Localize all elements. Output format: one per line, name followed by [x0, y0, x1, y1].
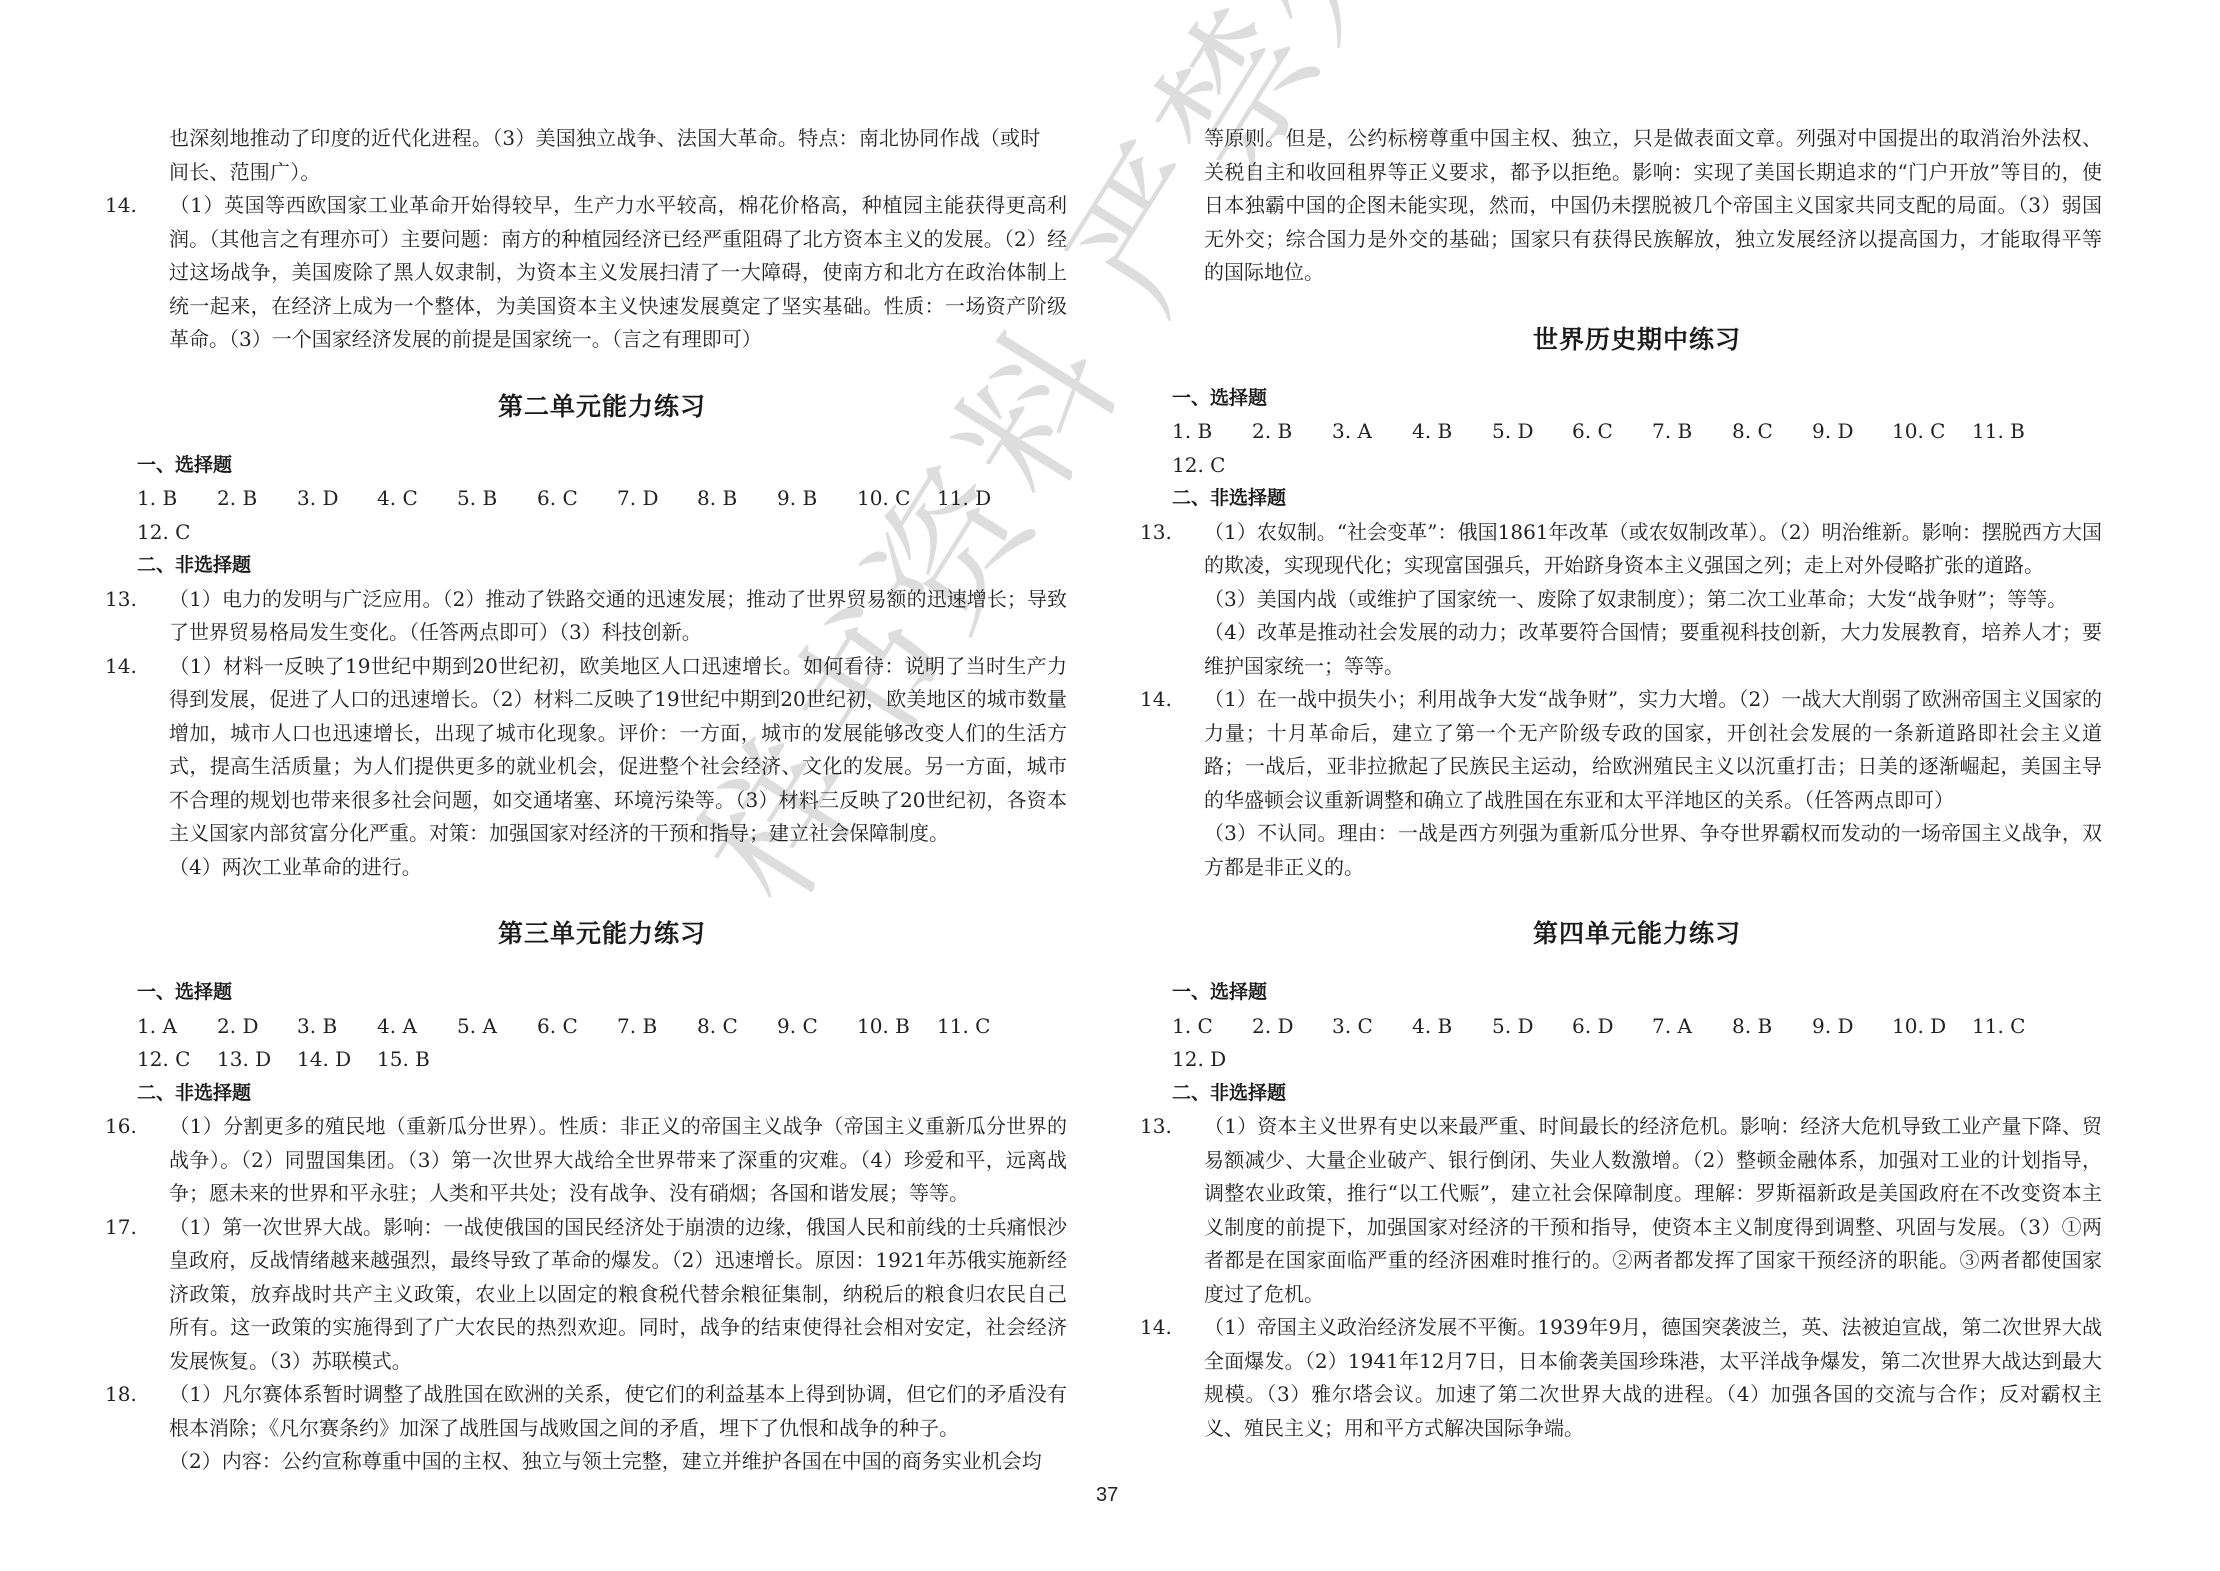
answer: 1. A: [137, 1010, 217, 1044]
answer: 5. D: [1492, 1010, 1572, 1044]
answer: 12. C: [137, 1043, 217, 1077]
question-13: 13.（1）电力的发明与广泛应用。（2）推动了铁路交通的迅速发展；推动了世界贸易…: [137, 583, 1067, 650]
answer: 12. C: [1172, 449, 1252, 483]
choice-heading: 一、选择题: [1172, 976, 2102, 1010]
answer: 5. D: [1492, 415, 1572, 449]
question-14: 14.（1）材料一反映了19世纪中期到20世纪初，欧美地区人口迅速增长。如何看待…: [137, 650, 1067, 851]
question-14: 14.（1）在一战中损失小；利用战争大发“战争财”，实力大增。（2）一战大大削弱…: [1172, 683, 2102, 817]
answer: 3. B: [297, 1010, 377, 1044]
answer: 6. C: [1572, 415, 1652, 449]
question-18-part2: （2）内容：公约宣称尊重中国的主权、独立与领土完整，建立并维护各国在中国的商务实…: [137, 1445, 1067, 1479]
continuation-line: 间长、范围广）。: [137, 156, 1067, 190]
answer: 4. C: [377, 482, 457, 516]
answer: 13. D: [217, 1043, 297, 1077]
choice-heading: 一、选择题: [137, 449, 1067, 483]
answer: 7. D: [617, 482, 697, 516]
answer: 14. D: [297, 1043, 377, 1077]
answer: 7. B: [1652, 415, 1732, 449]
nonchoice-heading: 二、非选择题: [137, 549, 1067, 583]
section-title-unit4: 第四单元能力练习: [1172, 914, 2102, 950]
answer: 1. B: [1172, 415, 1252, 449]
answer: 6. C: [537, 482, 617, 516]
page-number: 37: [1096, 1484, 1118, 1507]
section-title-unit3: 第三单元能力练习: [137, 914, 1067, 950]
answer: 5. B: [457, 482, 537, 516]
nonchoice-heading: 二、非选择题: [137, 1077, 1067, 1111]
answer: 11. C: [1972, 1010, 2052, 1044]
right-column: 等原则。但是，公约标榜尊重中国主权、独立，只是做表面文章。列强对中国提出的取消治…: [1172, 122, 2102, 1445]
choice-heading: 一、选择题: [1172, 382, 2102, 416]
answer-list-unit4: 1. C 2. D 3. C 4. B 5. D 6. D 7. A 8. B …: [1172, 1010, 2102, 1077]
answer: 4. B: [1412, 415, 1492, 449]
answer: 8. B: [697, 482, 777, 516]
question-13-part3: （3）美国内战（或维护了国家统一、废除了奴隶制度）；第二次工业革命；大发“战争财…: [1172, 583, 2102, 617]
answer: 1. C: [1172, 1010, 1252, 1044]
answer: 3. A: [1332, 415, 1412, 449]
question-13: 13.（1）农奴制。“社会变革”：俄国1861年改革（或农奴制改革）。（2）明治…: [1172, 516, 2102, 583]
answer: 4. B: [1412, 1010, 1492, 1044]
answer: 15. B: [377, 1043, 457, 1077]
answer: 9. C: [777, 1010, 857, 1044]
question-18: 18.（1）凡尔赛体系暂时调整了战胜国在欧洲的关系，使它们的利益基本上得到协调，…: [137, 1378, 1067, 1445]
answer-list-unit3: 1. A 2. D 3. B 4. A 5. A 6. C 7. B 8. C …: [137, 1010, 1067, 1077]
answer: 5. A: [457, 1010, 537, 1044]
answer: 10. D: [1892, 1010, 1972, 1044]
answer: 9. D: [1812, 415, 1892, 449]
answer: 4. A: [377, 1010, 457, 1044]
section-title-unit2: 第二单元能力练习: [137, 387, 1067, 423]
answer: 8. C: [697, 1010, 777, 1044]
answer: 2. B: [1252, 415, 1332, 449]
answer: 8. B: [1732, 1010, 1812, 1044]
answer-list-unit2: 1. B 2. B 3. D 4. C 5. B 6. C 7. D 8. B …: [137, 482, 1067, 549]
question-14-part4: （4）两次工业革命的进行。: [137, 851, 1067, 885]
answer: 9. D: [1812, 1010, 1892, 1044]
continuation-line: 也深刻地推动了印度的近代化进程。（3）美国独立战争、法国大革命。特点：南北协同作…: [137, 122, 1067, 156]
answer: 7. A: [1652, 1010, 1732, 1044]
nonchoice-heading: 二、非选择题: [1172, 482, 2102, 516]
answer-list-midterm: 1. B 2. B 3. A 4. B 5. D 6. C 7. B 8. C …: [1172, 415, 2102, 482]
answer: 11. C: [937, 1010, 1017, 1044]
answer: 11. B: [1972, 415, 2052, 449]
answer: 8. C: [1732, 415, 1812, 449]
choice-heading: 一、选择题: [137, 976, 1067, 1010]
answer: 3. C: [1332, 1010, 1412, 1044]
answer: 2. B: [217, 482, 297, 516]
answer: 6. D: [1572, 1010, 1652, 1044]
section-title-midterm: 世界历史期中练习: [1172, 320, 2102, 356]
answer: 10. C: [1892, 415, 1972, 449]
answer: 6. C: [537, 1010, 617, 1044]
answer: 10. B: [857, 1010, 937, 1044]
answer: 12. D: [1172, 1043, 1252, 1077]
question-14: 14.（1）帝国主义政治经济发展不平衡。1939年9月，德国突袭波兰，英、法被迫…: [1172, 1311, 2102, 1445]
nonchoice-heading: 二、非选择题: [1172, 1077, 2102, 1111]
answer: 11. D: [937, 482, 1017, 516]
answer: 12. C: [137, 516, 217, 550]
continuation-text: 等原则。但是，公约标榜尊重中国主权、独立，只是做表面文章。列强对中国提出的取消治…: [1172, 122, 2102, 290]
question-13: 13.（1）资本主义世界有史以来最严重、时间最长的经济危机。影响：经济大危机导致…: [1172, 1110, 2102, 1311]
left-column: 也深刻地推动了印度的近代化进程。（3）美国独立战争、法国大革命。特点：南北协同作…: [137, 122, 1067, 1479]
answer: 1. B: [137, 482, 217, 516]
answer: 2. D: [217, 1010, 297, 1044]
question-14-part3: （3）不认同。理由：一战是西方列强为重新瓜分世界、争夺世界霸权而发动的一场帝国主…: [1172, 817, 2102, 884]
question-14-prev: 14.（1）英国等西欧国家工业革命开始得较早，生产力水平较高，棉花价格高，种植园…: [137, 189, 1067, 357]
answer: 10. C: [857, 482, 937, 516]
answer: 2. D: [1252, 1010, 1332, 1044]
question-16: 16.（1）分割更多的殖民地（重新瓜分世界）。性质：非正义的帝国主义战争（帝国主…: [137, 1110, 1067, 1211]
question-17: 17.（1）第一次世界大战。影响：一战使俄国的国民经济处于崩溃的边缘，俄国人民和…: [137, 1211, 1067, 1379]
answer: 3. D: [297, 482, 377, 516]
answer: 7. B: [617, 1010, 697, 1044]
answer: 9. B: [777, 482, 857, 516]
question-13-part4: （4）改革是推动社会发展的动力；改革要符合国情；要重视科技创新，大力发展教育，培…: [1172, 616, 2102, 683]
